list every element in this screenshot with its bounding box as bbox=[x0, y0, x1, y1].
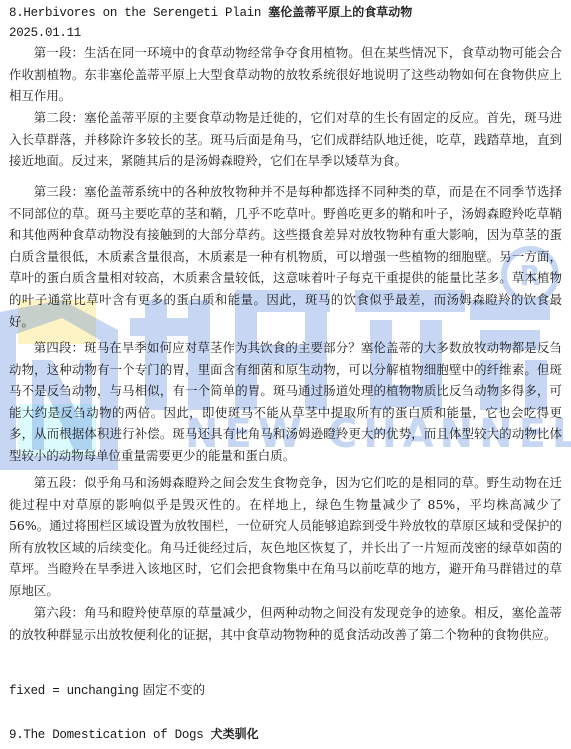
paragraph-5: 第五段：似乎角马和汤姆森瞪羚之间会发生食物竞争，因为它们吃的是相同的草。野生动物… bbox=[9, 472, 562, 602]
next-article-title-cn: 犬类驯化 bbox=[211, 727, 259, 741]
next-article-title-en: 9.The Domestication of Dogs bbox=[9, 728, 203, 742]
paragraph-4: 第四段：斑马在旱季如何应对草茎作为其饮食的主要部分？塞伦盖蒂的大多数放牧动物都是… bbox=[9, 337, 562, 467]
document-page: 8.Herbivores on the Serengeti Plain 塞伦盖蒂… bbox=[0, 0, 571, 749]
article-title-en: 8.Herbivores on the Serengeti Plain bbox=[9, 6, 261, 20]
paragraph-6: 第六段：角马和瞪羚使草原的草量减少，但两种动物之间没有发现竞争的迹象。相反，塞伦… bbox=[9, 602, 562, 645]
paragraph-3: 第三段：塞伦盖蒂系统中的各种放牧物种并不是每种都选择不同种类的草，而是在不同季节… bbox=[9, 181, 562, 332]
vocab-note: fixed = unchanging 固定不变的 bbox=[9, 680, 205, 698]
article-date: 2025.01.11 bbox=[9, 26, 81, 40]
vocab-meaning: 固定不变的 bbox=[143, 682, 206, 697]
paragraph-2: 第二段：塞伦盖蒂平原的主要食草动物是迁徙的，它们对草的生长有固定的反应。首先，斑… bbox=[9, 107, 562, 172]
vocab-term: fixed = unchanging bbox=[9, 684, 139, 698]
article-title-cn: 塞伦盖蒂平原上的食草动物 bbox=[268, 5, 412, 19]
paragraph-1: 第一段：生活在同一环境中的食草动物经常争夺食用植物。但在某些情况下，食草动物可能… bbox=[9, 42, 562, 107]
next-article-title: 9.The Domestication of Dogs 犬类驯化 bbox=[9, 725, 259, 742]
article-title: 8.Herbivores on the Serengeti Plain 塞伦盖蒂… bbox=[9, 3, 412, 20]
